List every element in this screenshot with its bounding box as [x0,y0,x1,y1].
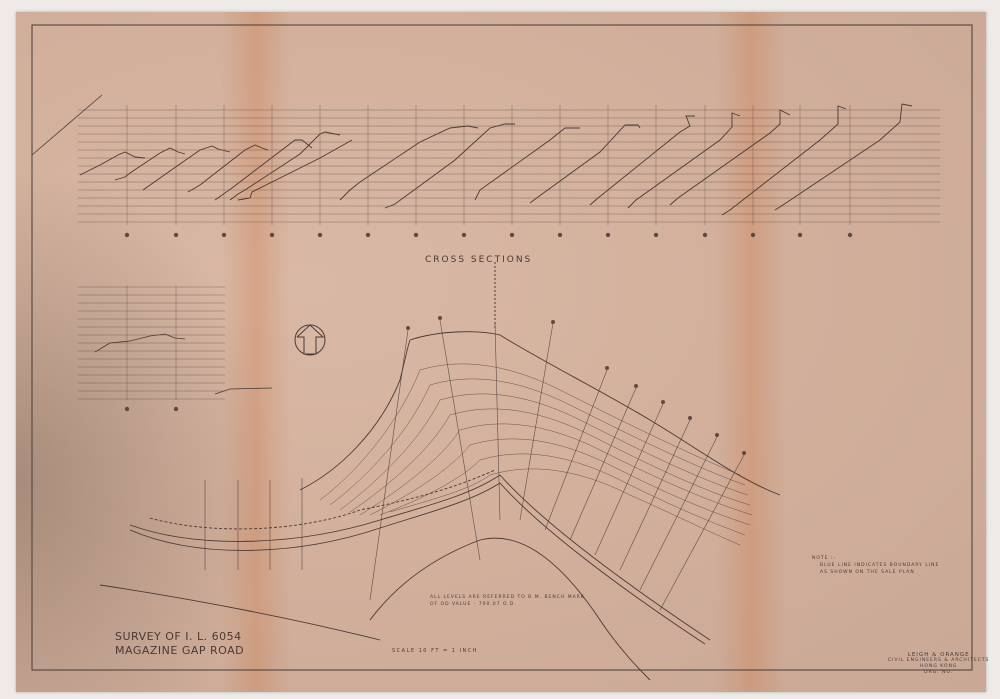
title-block: SURVEY OF I. L. 6054 MAGAZINE GAP ROAD [115,630,244,658]
cross-sections-grid [78,104,940,237]
levels-note-line-2: OF OD VALUE - 700.07 O.D. [430,601,585,608]
firm-block: LEIGH & ORANGE CIVIL ENGINEERS & ARCHITE… [888,652,989,676]
title-line-2: MAGAZINE GAP ROAD [115,644,244,658]
levels-note: ALL LEVELS ARE REFERRED TO B.M. BENCH MA… [430,594,585,608]
boundary-note-heading: NOTE :- [812,555,939,562]
cross-sections-left-block [78,285,272,411]
site-plan [100,262,780,680]
levels-note-line-1: ALL LEVELS ARE REFERRED TO B.M. BENCH MA… [430,594,585,601]
boundary-note-line-1: BLUE LINE INDICATES BOUNDARY LINE [812,562,939,569]
north-arrow-icon [295,325,325,355]
section-heading: CROSS SECTIONS [425,255,532,265]
title-line-1: SURVEY OF I. L. 6054 [115,630,244,644]
scale-label: SCALE 10 FT = 1 INCH [392,648,478,654]
boundary-note-line-2: AS SHOWN ON THE SALE PLAN [812,569,939,576]
corner-diagonal [32,95,102,155]
boundary-note: NOTE :- BLUE LINE INDICATES BOUNDARY LIN… [812,555,939,576]
firm-line-4: DRG. NO. [888,670,989,676]
